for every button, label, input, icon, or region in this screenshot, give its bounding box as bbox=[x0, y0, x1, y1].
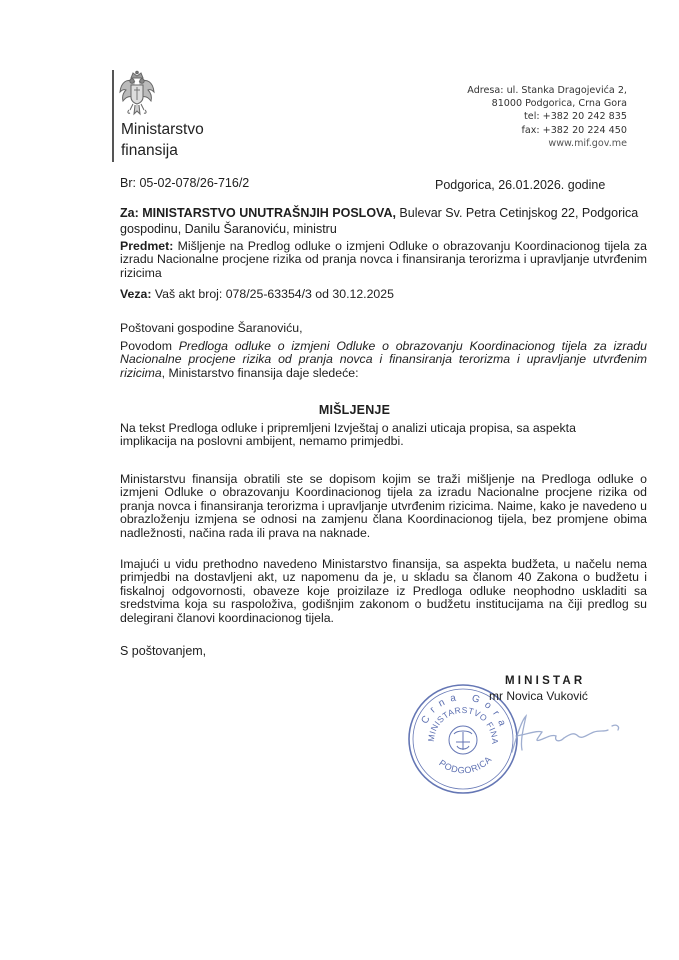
recipient-person: gospodinu, Danilu Šaranoviću, ministru bbox=[120, 222, 337, 236]
phone-number: tel: +382 20 242 835 bbox=[467, 110, 627, 123]
salutation: Poštovani gospodine Šaranoviću, bbox=[120, 322, 647, 335]
address-line1: Adresa: ul. Stanka Dragojevića 2, bbox=[467, 84, 627, 97]
document-date: Podgorica, 26.01.2026. godine bbox=[435, 178, 605, 192]
reference-number: Br: 05-02-078/26-716/2 bbox=[120, 176, 249, 190]
address-line2: 81000 Podgorica, Crna Gora bbox=[467, 97, 627, 110]
montenegro-coat-of-arms-icon bbox=[117, 70, 157, 120]
subject-text: Mišljenje na Predlog odluke o izmjeni Od… bbox=[120, 239, 647, 280]
handwritten-signature-icon bbox=[508, 712, 628, 756]
svg-text:PODGORICA: PODGORICA bbox=[437, 754, 493, 775]
ministry-name-line2: finansija bbox=[121, 140, 204, 161]
recipient-address: Bulevar Sv. Petra Cetinjskog 22, Podgori… bbox=[396, 206, 638, 220]
subject-block: Predmet: Mišljenje na Predlog odluke o i… bbox=[120, 240, 647, 280]
subject-label: Predmet: bbox=[120, 239, 173, 253]
fax-number: fax: +382 20 224 450 bbox=[467, 124, 627, 137]
paragraph-3: Imajući u vidu prethodno navedeno Minist… bbox=[120, 558, 647, 625]
closing-phrase: S poštovanjem, bbox=[120, 644, 206, 658]
contact-block: Adresa: ul. Stanka Dragojevića 2, 81000 … bbox=[467, 84, 627, 150]
ministry-name-line1: Ministarstvo bbox=[121, 119, 204, 140]
recipient-label: Za: bbox=[120, 206, 139, 220]
intro-prefix: Povodom bbox=[120, 339, 179, 353]
letterhead-divider-line bbox=[112, 70, 114, 162]
recipient-line: Za: MINISTARSTVO UNUTRAŠNJIH POSLOVA, Bu… bbox=[120, 206, 638, 220]
intro-suffix: , Ministarstvo finansija daje sledeće: bbox=[162, 366, 359, 380]
reference-link-block: Veza: Vaš akt broj: 078/25-63354/3 od 30… bbox=[120, 288, 647, 301]
link-label: Veza: bbox=[120, 287, 151, 301]
signatory-title: MINISTAR bbox=[505, 675, 585, 687]
link-text: Vaš akt broj: 078/25-63354/3 od 30.12.20… bbox=[151, 287, 393, 301]
website-link[interactable]: www.mif.gov.me bbox=[467, 137, 627, 150]
paragraph-2: Ministarstvu finansija obratili ste se d… bbox=[120, 473, 647, 540]
recipient-institution: MINISTARSTVO UNUTRAŠNJIH POSLOVA, bbox=[142, 206, 396, 220]
signatory-name: mr Novica Vuković bbox=[489, 689, 588, 703]
intro-paragraph: Povodom Predloga odluke o izmjeni Odluke… bbox=[120, 340, 647, 380]
paragraph-1: Na tekst Predloga odluke i pripremljeni … bbox=[120, 422, 610, 449]
opinion-heading: MIŠLJENJE bbox=[0, 403, 679, 417]
ministry-name: Ministarstvo finansija bbox=[121, 119, 204, 161]
